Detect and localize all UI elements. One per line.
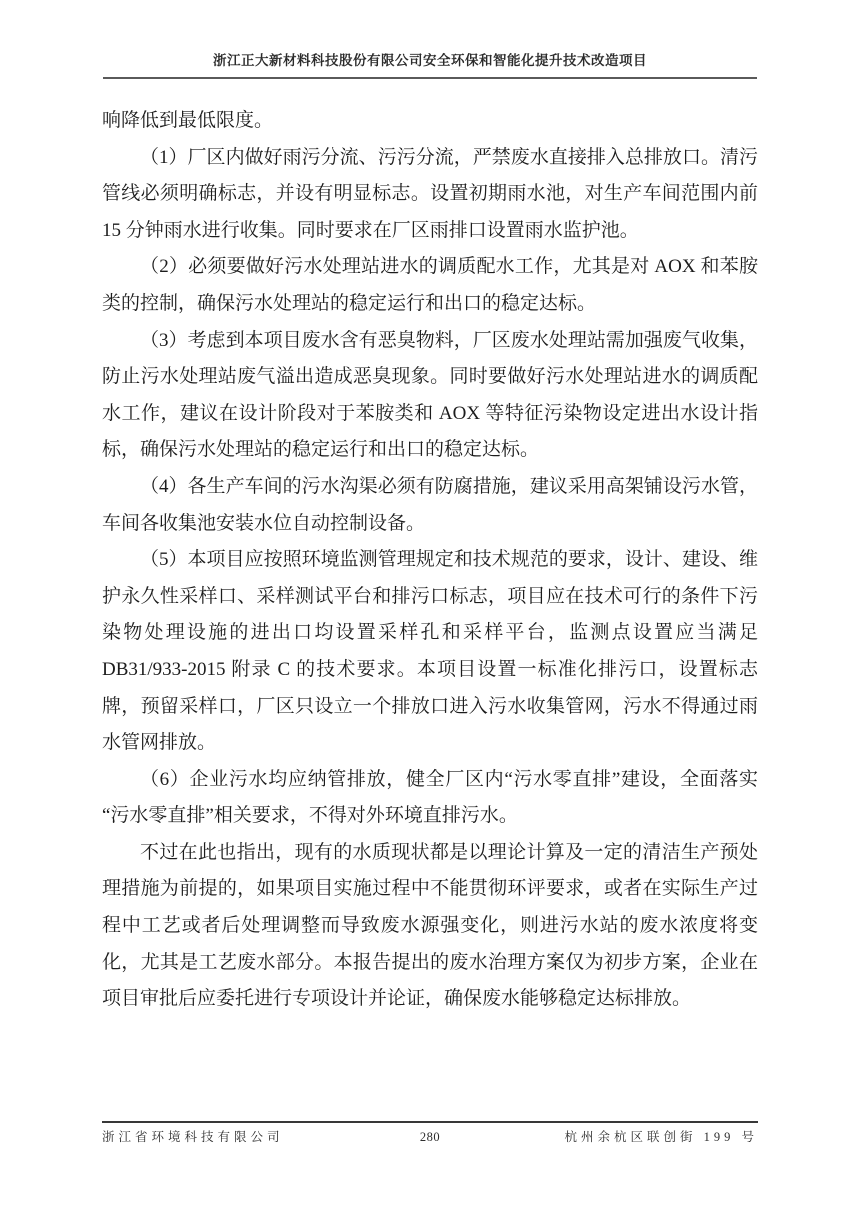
document-page: 浙江正大新材料科技股份有限公司安全环保和智能化提升技术改造项目 响降低到最低限度…: [0, 0, 860, 1216]
footer-divider: [102, 1121, 758, 1123]
body-paragraph: 不过在此也指出，现有的水质现状都是以理论计算及一定的清洁生产预处理措施为前提的，…: [102, 835, 758, 1018]
header-divider: [103, 77, 757, 79]
body-paragraph: （1）厂区内做好雨污分流、污污分流，严禁废水直接排入总排放口。清污管线必须明确标…: [102, 140, 758, 250]
document-body: 响降低到最低限度。（1）厂区内做好雨污分流、污污分流，严禁废水直接排入总排放口。…: [102, 103, 758, 1018]
body-paragraph: （3）考虑到本项目废水含有恶臭物料，厂区废水处理站需加强废气收集，防止污水处理站…: [102, 323, 758, 469]
body-paragraph: （5）本项目应按照环境监测管理规定和技术规范的要求，设计、建设、维护永久性采样口…: [102, 542, 758, 762]
page-number: 280: [420, 1128, 440, 1146]
body-paragraph: （4）各生产车间的污水沟渠必须有防腐措施，建议采用高架铺设污水管，车间各收集池安…: [102, 469, 758, 542]
body-paragraph: （6）企业污水均应纳管排放，健全厂区内“污水零直排”建设，全面落实“污水零直排”…: [102, 762, 758, 835]
page-footer: 浙江省环境科技有限公司 280 杭州余杭区联创街 199 号: [102, 1128, 758, 1146]
body-paragraph: 响降低到最低限度。: [102, 103, 758, 140]
footer-company: 浙江省环境科技有限公司: [102, 1128, 420, 1146]
body-paragraph: （2）必须要做好污水处理站进水的调质配水工作，尤其是对 AOX 和苯胺类的控制，…: [102, 249, 758, 322]
footer-address: 杭州余杭区联创街 199 号: [440, 1128, 758, 1146]
page-header-title: 浙江正大新材料科技股份有限公司安全环保和智能化提升技术改造项目: [102, 51, 758, 71]
